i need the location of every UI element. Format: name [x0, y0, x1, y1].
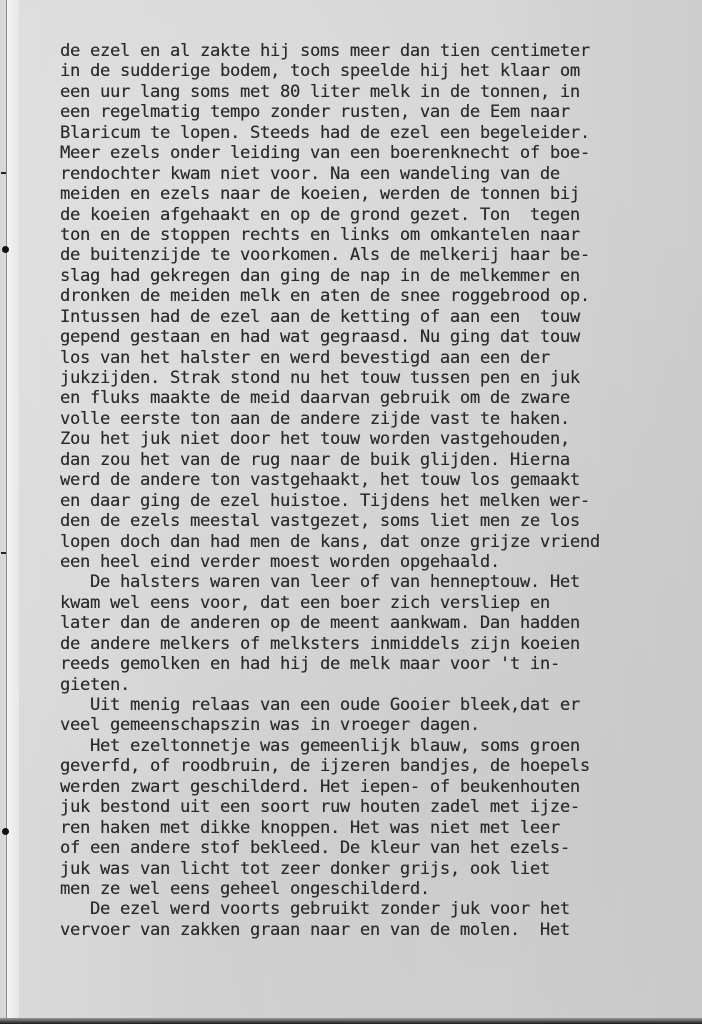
text-line: gieten. — [60, 675, 700, 695]
text-line: Blaricum te lopen. Steeds had de ezel ee… — [60, 123, 700, 143]
text-line: of een andere stof bekleed. De kleur van… — [60, 838, 700, 858]
text-line: juk bestond uit een soort ruw houten zad… — [60, 797, 700, 817]
punch-hole-mark — [2, 246, 9, 253]
text-line: de buitenzijde te voorkomen. Als de melk… — [60, 245, 700, 265]
text-line: veel gemeenschapszin was in vroeger dage… — [60, 715, 700, 735]
text-line: dronken de meiden melk en aten de snee r… — [60, 286, 700, 306]
page-margin-shadow — [7, 0, 19, 1024]
text-line: werden zwart geschilderd. Het iepen- of … — [60, 777, 700, 797]
text-line: geverfd, of roodbruin, de ijzeren bandje… — [60, 756, 700, 776]
text-line: een heel eind verder moest worden opgeha… — [60, 552, 700, 572]
text-line: in de sudderige bodem, toch speelde hij … — [60, 61, 700, 81]
text-line: de andere melkers of melksters inmiddels… — [60, 634, 700, 654]
text-line: Het ezeltonnetje was gemeenlijk blauw, s… — [60, 736, 700, 756]
text-line: gepend gestaan en had wat gegraasd. Nu g… — [60, 327, 700, 347]
text-line: later dan de anderen op de meent aankwam… — [60, 613, 700, 633]
text-line: volle eerste ton aan de andere zijde vas… — [60, 409, 700, 429]
margin-mark — [1, 172, 6, 174]
text-line: De halsters waren van leer of van hennep… — [60, 572, 700, 592]
text-line: dan zou het van de rug naar de buik glij… — [60, 450, 700, 470]
text-line: juk was van licht tot zeer donker grijs,… — [60, 859, 700, 879]
text-line: Uit menig relaas van een oude Gooier ble… — [60, 695, 700, 715]
typewritten-text-body: de ezel en al zakte hij soms meer dan ti… — [60, 41, 700, 940]
text-line: ton en de stoppen rechts en links om omk… — [60, 225, 700, 245]
text-line: lopen doch dan had men de kans, dat onze… — [60, 532, 700, 552]
text-line: Meer ezels onder leiding van een boerenk… — [60, 143, 700, 163]
punch-hole-mark — [2, 828, 9, 835]
text-line: De ezel werd voorts gebruikt zonder juk … — [60, 899, 700, 919]
text-line: men ze wel eens geheel ongeschilderd. — [60, 879, 700, 899]
text-line: Intussen had de ezel aan de ketting of a… — [60, 307, 700, 327]
text-line: los van het halster en werd bevestigd aa… — [60, 348, 700, 368]
text-line: rendochter kwam niet voor. Na een wandel… — [60, 164, 700, 184]
page-bottom-edge — [0, 1018, 702, 1024]
text-line: en fluks maakte de meid daarvan gebruik … — [60, 388, 700, 408]
text-line: den de ezels meestal vastgezet, soms lie… — [60, 511, 700, 531]
text-line: de koeien afgehaakt en op de grond gezet… — [60, 205, 700, 225]
binding-edge — [0, 0, 7, 1024]
margin-mark — [1, 552, 6, 554]
text-line: en daar ging de ezel huistoe. Tijdens he… — [60, 491, 700, 511]
text-line: slag had gekregen dan ging de nap in de … — [60, 266, 700, 286]
text-line: ren haken met dikke knoppen. Het was nie… — [60, 818, 700, 838]
text-line: de ezel en al zakte hij soms meer dan ti… — [60, 41, 700, 61]
text-line: kwam wel eens voor, dat een boer zich ve… — [60, 593, 700, 613]
text-line: een uur lang soms met 80 liter melk in d… — [60, 82, 700, 102]
text-line: meiden en ezels naar de koeien, werden d… — [60, 184, 700, 204]
text-line: jukzijden. Strak stond nu het touw tusse… — [60, 368, 700, 388]
text-line: reeds gemolken en had hij de melk maar v… — [60, 654, 700, 674]
text-line: Zou het juk niet door het touw worden va… — [60, 429, 700, 449]
text-line: werd de andere ton vastgehaakt, het touw… — [60, 470, 700, 490]
text-line: een regelmatig tempo zonder rusten, van … — [60, 102, 700, 122]
text-line: vervoer van zakken graan naar en van de … — [60, 920, 700, 940]
